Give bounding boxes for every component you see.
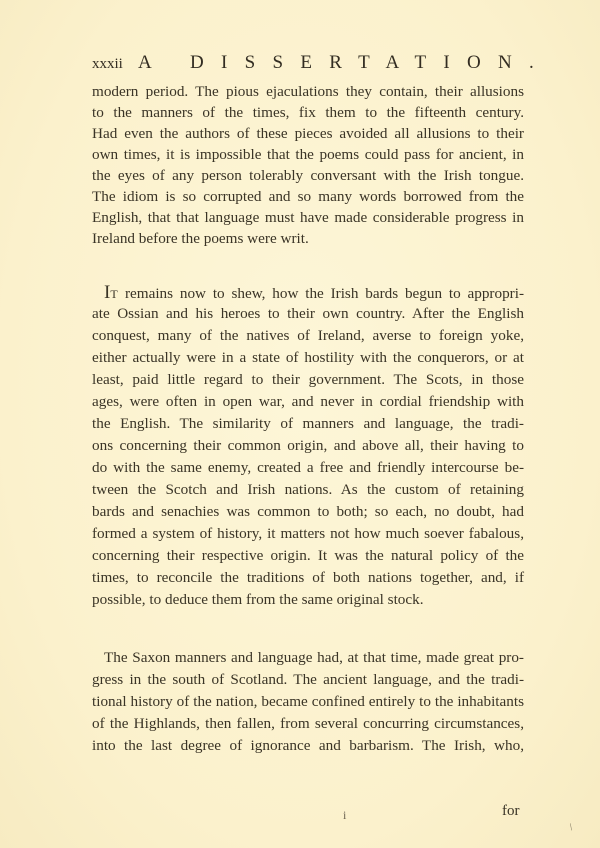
text-line-rest: remains now to shew, how the Irish bards… [118,285,524,302]
running-head: xxxii A DISSERTATION. [92,52,522,74]
text-line: own times, it is impossible that the poe… [92,145,524,165]
text-line: The Saxon manners and language had, at t… [104,648,524,668]
text-line: to the manners of the times, fix them to… [92,103,524,123]
drop-word-rest: T [110,287,118,301]
text-line-opening: IT remains now to shew, how the Irish ba… [104,283,524,304]
text-line: the eyes of any person tolerably convers… [92,166,524,186]
text-line: least, paid little regard to their gover… [92,370,524,390]
text-line: of the Highlands, then fallen, from seve… [92,714,524,734]
text-line: conquest, many of the natives of Ireland… [92,326,524,346]
text-line: bards and senachies was common to both; … [92,502,524,522]
text-line: possible, to deduce them from the same o… [92,590,524,610]
text-line: formed a system of history, it matters n… [92,524,524,544]
text-line: The idiom is so corrupted and so many wo… [92,187,524,207]
text-line: either actually were in a state of hosti… [92,348,524,368]
text-line: gress in the south of Scotland. The anci… [92,670,524,690]
text-line: tional history of the nation, became con… [92,692,524,712]
text-line: ons concerning their common origin, and … [92,436,524,456]
text-line: into the last degree of ignorance and ba… [92,736,524,756]
text-line: do with the same enemy, created a free a… [92,458,524,478]
text-line: Ireland before the poems were writ. [92,229,524,249]
book-page: xxxii A DISSERTATION. modern period. The… [0,0,600,848]
catchword: for [502,803,520,820]
text-line: Had even the authors of these pieces avo… [92,124,524,144]
text-line: concerning their respective origin. It w… [92,546,524,566]
text-line: ages, were often in open war, and never … [92,392,524,412]
running-title: A DISSERTATION. [138,52,551,74]
text-line: modern period. The pious ejaculations th… [92,82,524,102]
text-line: times, to reconcile the traditions of bo… [92,568,524,588]
text-line: the English. The similarity of manners a… [92,414,524,434]
signature-mark: i [343,808,346,823]
stray-mark: / [567,822,575,833]
text-line: tween the Scotch and Irish nations. As t… [92,480,524,500]
page-number: xxxii [92,53,123,75]
text-line: English, that that language must have ma… [92,208,524,228]
text-line: ate Ossian and his heroes to their own c… [92,304,524,324]
